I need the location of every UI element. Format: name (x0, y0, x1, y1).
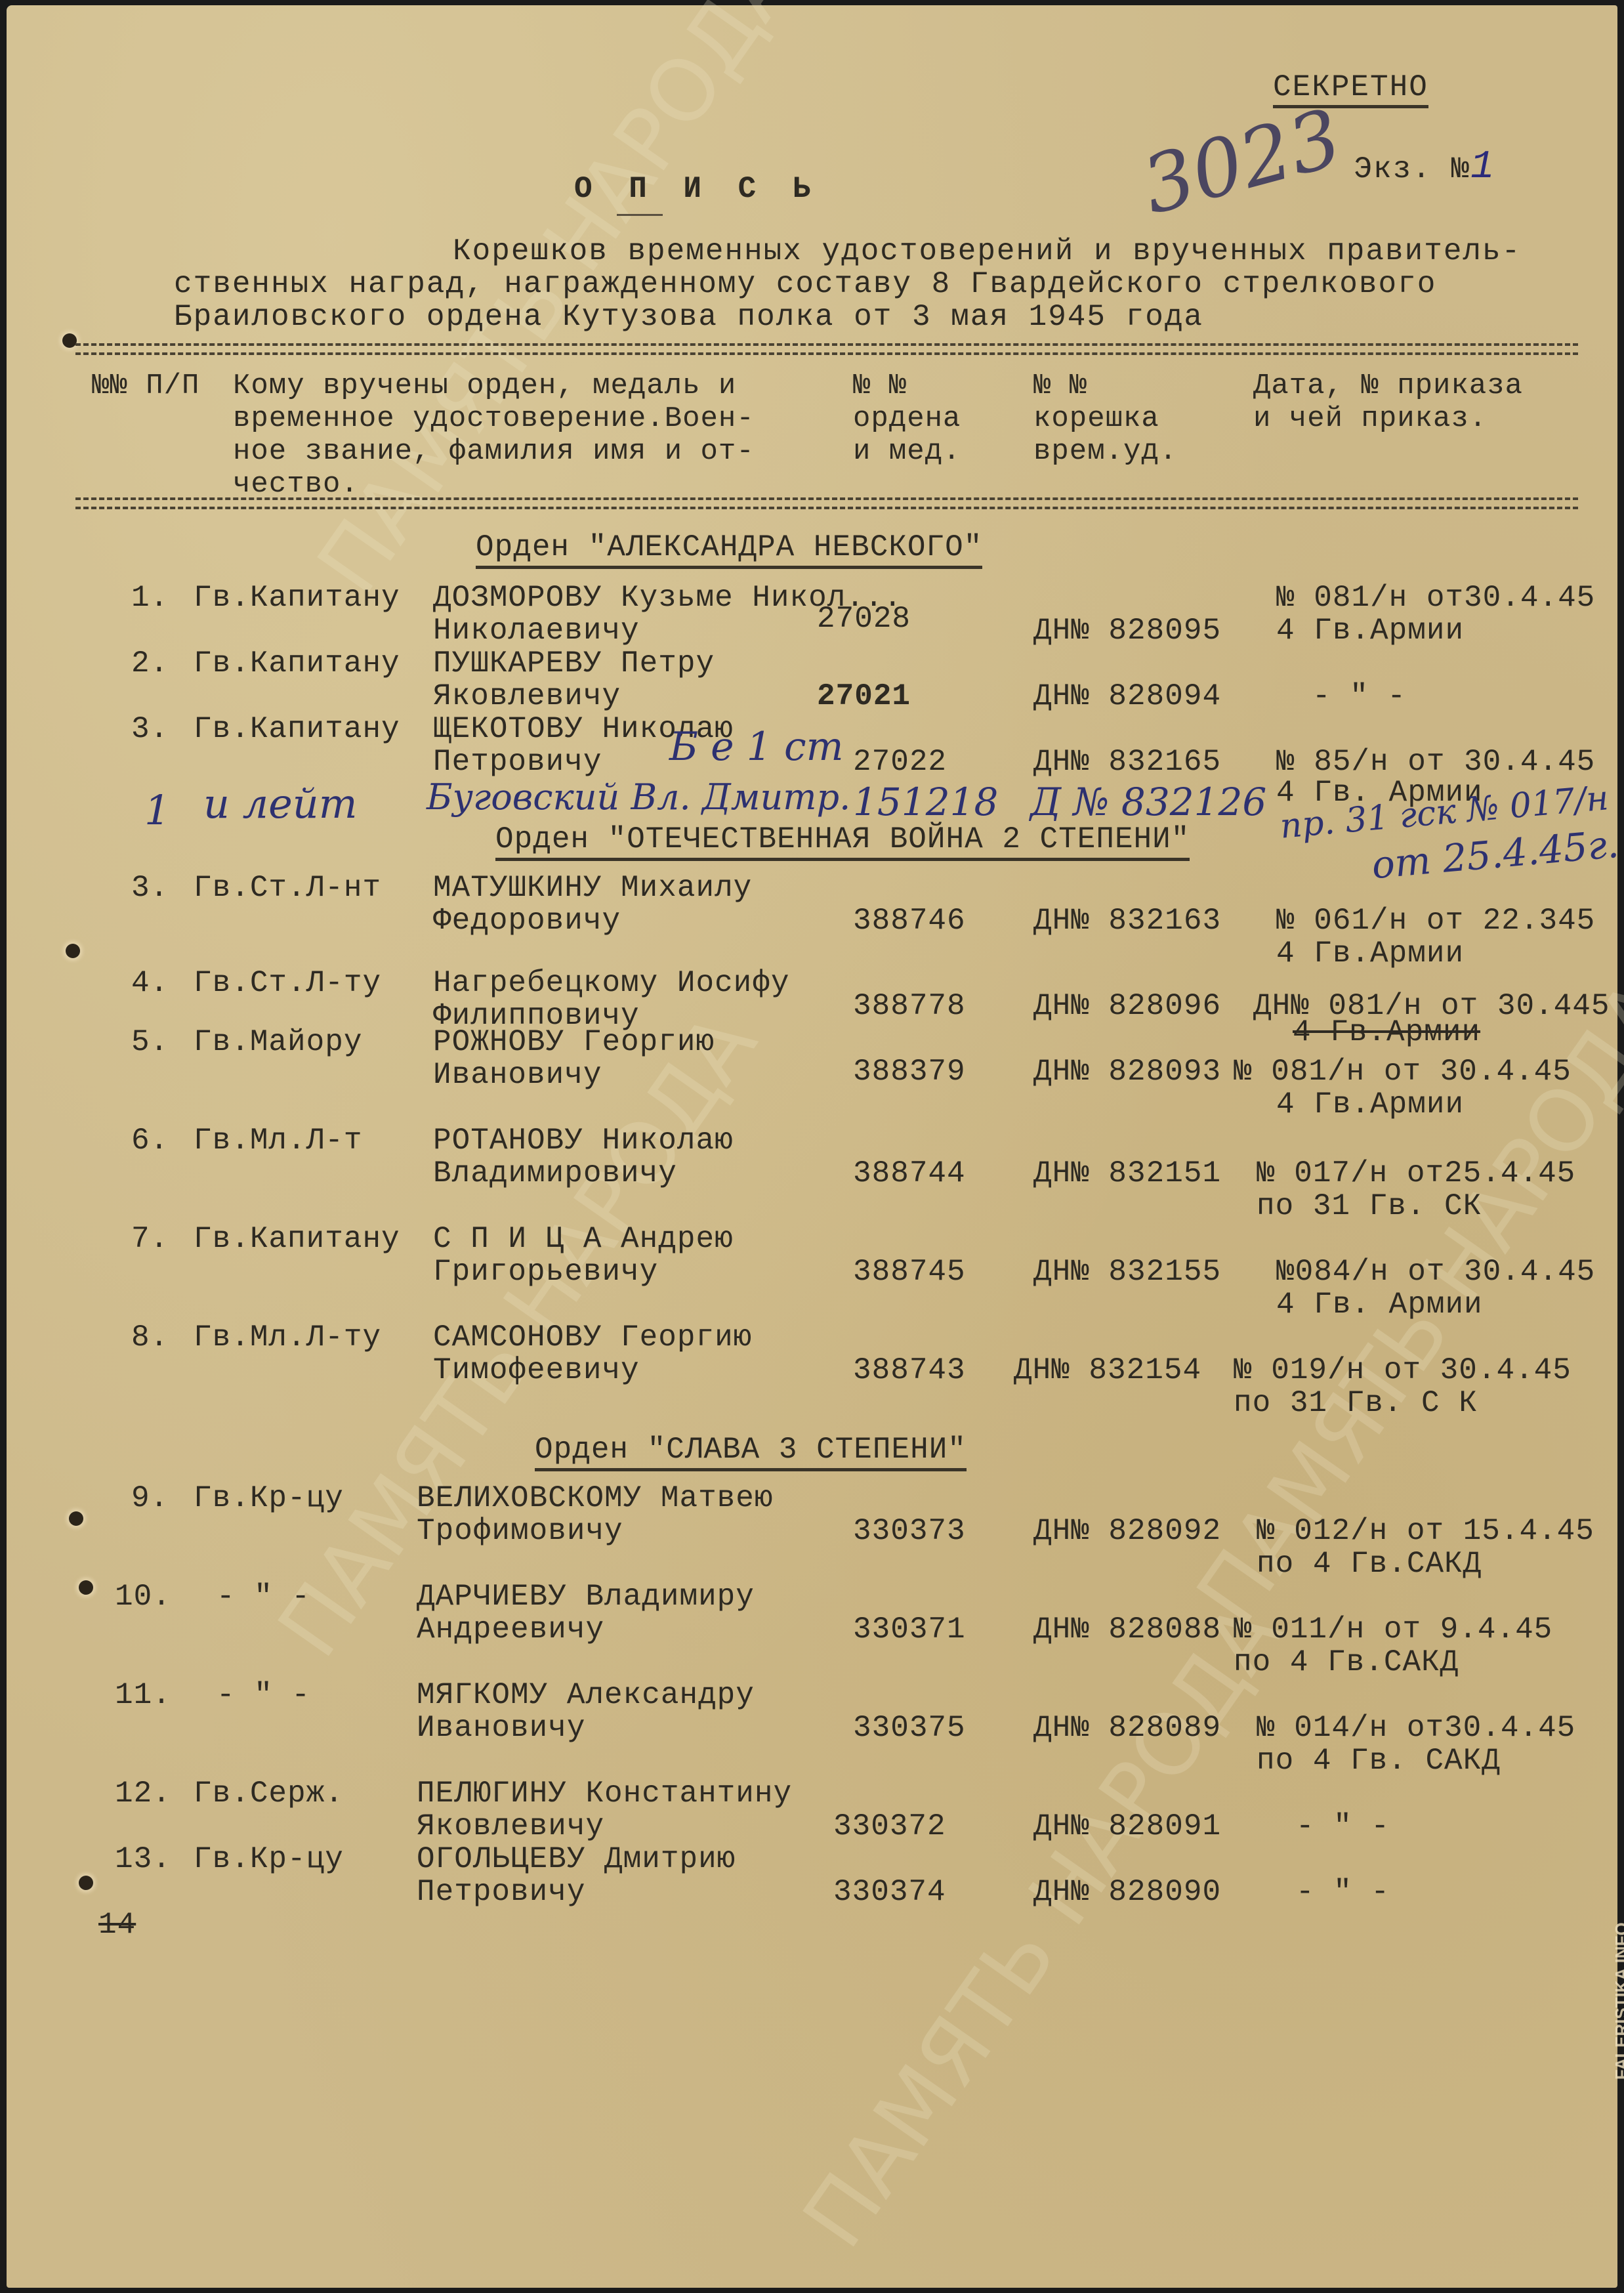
row-name: МАТУШКИНУ Михаилу (433, 872, 752, 904)
row-stub-no: ДН№ 828092 (1033, 1515, 1221, 1547)
row-order-ref-by: по 4 Гв.САКД (1234, 1646, 1459, 1679)
row-patronymic: Владимировичу (433, 1157, 677, 1190)
row-patronymic: Федоровичу (433, 904, 621, 937)
row-patronymic: Николаевичу (433, 614, 640, 647)
row-order-ref-by: по 31 Гв. СК (1257, 1190, 1482, 1223)
row-rank: Гв.Ст.Л-нт (194, 872, 381, 904)
punch-hole (69, 1511, 83, 1526)
row-order-no: 388778 (853, 990, 966, 1022)
row-stub-no: ДН№ 828093 (1033, 1055, 1221, 1088)
row-order-no: 388746 (853, 904, 966, 937)
double-rule (75, 497, 1578, 509)
row-stub-no: ДН№ 828088 (1033, 1613, 1221, 1646)
handwritten-name: Буговский Вл. Дмитр. (427, 776, 850, 818)
intro-line: ственных наград, награжденному составу 8… (174, 268, 1436, 301)
row-order-no: 388745 (853, 1255, 966, 1288)
row-order-ref: - " - (1296, 1810, 1390, 1843)
row-order-ref: № 85/н от 30.4.45 (1276, 746, 1595, 778)
row-order-ref: № 081/н от30.4.45 (1276, 581, 1595, 614)
row-num: 3. (131, 713, 169, 746)
row-stub-no: ДН№ 828095 (1033, 614, 1221, 647)
row-order-ref-by: по 31 Гв. С К (1234, 1387, 1478, 1420)
row-order-no: 330373 (853, 1515, 966, 1547)
intro-line: Корешков временных удостоверений и вруче… (453, 235, 1521, 268)
section-title: Орден "АЛЕКСАНДРА НЕВСКОГО" (476, 530, 982, 569)
row-num: 6. (131, 1124, 169, 1157)
double-rule (75, 343, 1578, 355)
document-title: О П И С Ь (574, 173, 820, 205)
punch-hole (62, 333, 77, 348)
row-rank: - " - (217, 1679, 310, 1712)
row-name: РОЖНОВУ Георгию (433, 1026, 715, 1059)
row-rank: Гв.Ст.Л-ту (194, 967, 381, 999)
row-order-ref-by: 4 Гв.Армии (1276, 937, 1464, 970)
handwritten-rank: и лейт (203, 780, 358, 828)
row-stub-no: ДН№ 828090 (1033, 1876, 1221, 1908)
row-num: 8. (131, 1321, 169, 1354)
column-header-stub-no: врем.уд. (1033, 435, 1177, 468)
punch-hole (79, 1580, 93, 1595)
copy-label: Экз. № (1354, 152, 1470, 186)
punch-hole (79, 1876, 93, 1890)
row-stub-no: ДН№ 832151 (1033, 1157, 1221, 1190)
row-order-ref: №084/н от 30.4.45 (1276, 1255, 1595, 1288)
row-num: 4. (131, 967, 169, 999)
row-rank: Гв.Капитану (194, 581, 400, 614)
column-header-order-ref: Дата, № приказа (1253, 369, 1523, 402)
row-stub-no: ДН№ 832155 (1033, 1255, 1221, 1288)
handwritten-stub-no: Д № 832126 (1030, 780, 1266, 824)
row-order-ref-by: 4 Гв.Армии (1276, 1088, 1464, 1121)
row-name: ВЕЛИХОВСКОМУ Матвею (417, 1482, 774, 1515)
row-order-ref: № 019/н от 30.4.45 (1234, 1354, 1572, 1387)
site-watermark: FALERISTIKA.INFO https://faleristika.inf… (1591, 1920, 1624, 2099)
row-patronymic: Петровичу (433, 746, 602, 778)
row-rank: Гв.Серж. (194, 1777, 344, 1810)
row-order-ref: - " - (1296, 1876, 1390, 1908)
column-header-stub-no: корешка (1033, 402, 1159, 435)
row-order-no: 330374 (833, 1876, 946, 1908)
row-num: 5. (131, 1026, 169, 1059)
site-watermark-title: FALERISTIKA.INFO (1612, 1922, 1624, 2080)
row-order-no: 27022 (853, 746, 947, 778)
row-rank: Гв.Капитану (194, 1223, 400, 1255)
row-order-ref-by: по 4 Гв.САКД (1257, 1547, 1482, 1580)
row-name: САМСОНОВУ Георгию (433, 1321, 752, 1354)
row-order-ref: № 017/н от25.4.45 (1257, 1157, 1575, 1190)
section-title: Орден "ОТЕЧЕСТВЕННАЯ ВОЙНА 2 СТЕПЕНИ" (495, 822, 1190, 861)
row-num: 2. (131, 647, 169, 680)
column-header-who-line: временное удостоверение.Воен- (233, 402, 755, 435)
row-patronymic: Тимофеевичу (433, 1354, 640, 1387)
column-header-who-line: чество. (233, 468, 359, 501)
column-header-who-line: Кому вручены орден, медаль и (233, 369, 736, 402)
row-num: 3. (131, 872, 169, 904)
copy-number: 1 (1470, 145, 1495, 190)
row-num: 11. (115, 1679, 171, 1712)
column-header-who-line: ное звание, фамилия имя и от- (233, 435, 755, 468)
row-name: С П И Ц А Андрею (433, 1223, 734, 1255)
column-header-order-ref: и чей приказ. (1253, 402, 1487, 435)
row-order-ref: - " - (1312, 680, 1406, 713)
row-num: 7. (131, 1223, 169, 1255)
row-order-ref-by: 4 Гв.Армии (1293, 1016, 1480, 1049)
row-stub-no: ДН№ 828091 (1033, 1810, 1221, 1843)
row-num: 12. (115, 1777, 171, 1810)
row-patronymic: Андреевичу (417, 1613, 604, 1646)
row-name: ПУШКАРЕВУ Петру (433, 647, 715, 680)
row-order-ref: № 061/н от 22.345 (1276, 904, 1595, 937)
row-order-ref: № 014/н от30.4.45 (1257, 1712, 1575, 1744)
row-name: Нагребецкому Иосифу (433, 967, 790, 999)
row-num: 13. (115, 1843, 171, 1876)
row-order-ref: № 012/н от 15.4.45 (1257, 1515, 1594, 1547)
row-order-ref: № 011/н от 9.4.45 (1234, 1613, 1552, 1646)
punch-hole (66, 944, 80, 958)
row-rank: Гв.Майору (194, 1026, 362, 1059)
row-num: 9. (131, 1482, 169, 1515)
row-rank: Гв.Мл.Л-ту (194, 1321, 381, 1354)
row-order-ref: № 081/н от 30.4.45 (1234, 1055, 1572, 1088)
handwritten-order-no: 151218 (853, 780, 998, 824)
row-name: ПЕЛЮГИНУ Константину (417, 1777, 792, 1810)
row-rank: Гв.Капитану (194, 713, 400, 746)
row-stub-no: ДН№ 832165 (1033, 746, 1221, 778)
row-patronymic: Трофимовичу (417, 1515, 623, 1547)
column-header-num: №№ П/П (92, 369, 199, 402)
row-order-no: 388743 (853, 1354, 966, 1387)
row-stub-no: ДН№ 832163 (1033, 904, 1221, 937)
row-order-ref-by: по 4 Гв. САКД (1257, 1744, 1501, 1777)
row-order-no: 27028 (817, 602, 911, 635)
column-header-order-no: и мед. (853, 435, 961, 468)
row-order-no: 330375 (853, 1712, 966, 1744)
handwritten-note: Б е 1 ст (669, 724, 844, 770)
row-order-no: 330371 (853, 1613, 966, 1646)
row-patronymic: Ивановичу (417, 1712, 585, 1744)
row-order-ref-by: 4 Гв.Армии (1276, 614, 1464, 647)
row-stub-no: ДН№ 828089 (1033, 1712, 1221, 1744)
document-page: ПАМЯТЬ НАРОДА ПАМЯТЬ НАРОДА ПАМЯТЬ НАРОД… (7, 5, 1617, 2288)
row-rank: Гв.Капитану (194, 647, 400, 680)
section-title: Орден "СЛАВА 3 СТЕПЕНИ" (535, 1433, 967, 1471)
row-num: 10. (115, 1580, 171, 1613)
row-stub-no: ДН№ 828096 (1033, 990, 1221, 1022)
row-name: РОТАНОВУ Николаю (433, 1124, 734, 1157)
row-patronymic: Петровичу (417, 1876, 585, 1908)
row-order-ref-by: 4 Гв. Армии (1276, 1288, 1483, 1321)
row-name: МЯГКОМУ Александру (417, 1679, 755, 1712)
intro-line: Браиловского ордена Кутузова полка от 3 … (174, 301, 1203, 333)
row-name: ДАРЧИЕВУ Владимиру (417, 1580, 755, 1613)
row-rank: Гв.Кр-цу (194, 1482, 344, 1515)
row-stub-no: ДН№ 828094 (1033, 680, 1221, 713)
row-rank: Гв.Мл.Л-т (194, 1124, 362, 1157)
row-patronymic: Григорьевичу (433, 1255, 658, 1288)
row-order-no: 27021 (817, 680, 911, 713)
row-patronymic: Яковлевичу (433, 680, 621, 713)
column-header-order-no: № № (853, 369, 907, 402)
row-num: 1. (131, 581, 169, 614)
column-header-stub-no: № № (1033, 369, 1087, 402)
title-underline (617, 214, 663, 216)
row-order-no: 388744 (853, 1157, 966, 1190)
row-patronymic: Ивановичу (433, 1059, 602, 1091)
row-rank: Гв.Кр-цу (194, 1843, 344, 1876)
column-header-order-no: ордена (853, 402, 961, 435)
struck-row-number: 14 (98, 1908, 136, 1941)
row-rank: - " - (217, 1580, 310, 1613)
row-order-no: 388379 (853, 1055, 966, 1088)
handwritten-num: 1 (144, 786, 170, 834)
row-stub-no: ДН№ 832154 (1014, 1354, 1201, 1387)
row-order-no: 330372 (833, 1810, 946, 1843)
archive-watermark: ПАМЯТЬ НАРОДА (783, 1586, 1301, 2265)
row-patronymic: Яковлевичу (417, 1810, 604, 1843)
row-name: ОГОЛЬЦЕВУ Дмитрию (417, 1843, 736, 1876)
